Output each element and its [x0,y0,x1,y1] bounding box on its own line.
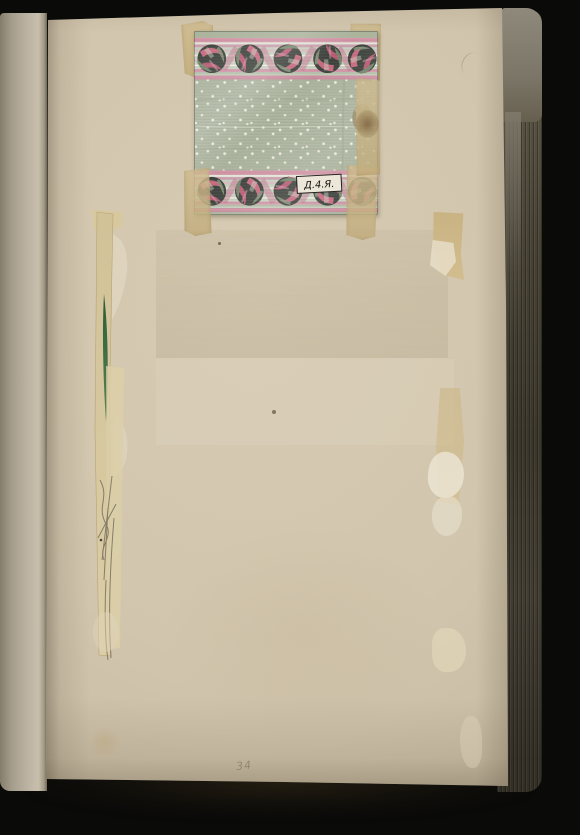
residue-blob-bottom [93,612,119,652]
page-number: 34 [235,756,276,773]
book-cover-edge-strip [505,112,521,340]
facing-page-edge [0,13,47,791]
swatch-label-text: Д.4.Я. [303,179,335,192]
book-cover-corner [501,8,542,122]
residue-right-bottom [460,716,482,768]
surface-scratch [457,49,485,79]
page-toning [164,524,444,744]
ink-speck-mid [272,410,276,414]
tape-remnant-overlap-layer [106,366,124,650]
lighter-patch-impression [156,359,454,445]
tape-right-stain [356,110,379,138]
album-page: Д.4.Я. [44,4,510,792]
paper-residue-right-mid-2 [432,496,462,536]
tape-bottom-left [183,168,211,236]
stain-bottom-left [90,726,120,760]
pencil-dot [100,539,103,542]
residue-right-lower [432,628,466,672]
swatch-label: Д.4.Я. [296,174,341,193]
ink-speck-upper [218,242,221,245]
paper-residue-upper [112,234,127,320]
removed-swatch-impression [156,230,448,359]
scanned-album-photo: Д.4.Я. [0,0,580,835]
tape-remnant-left [84,208,132,660]
